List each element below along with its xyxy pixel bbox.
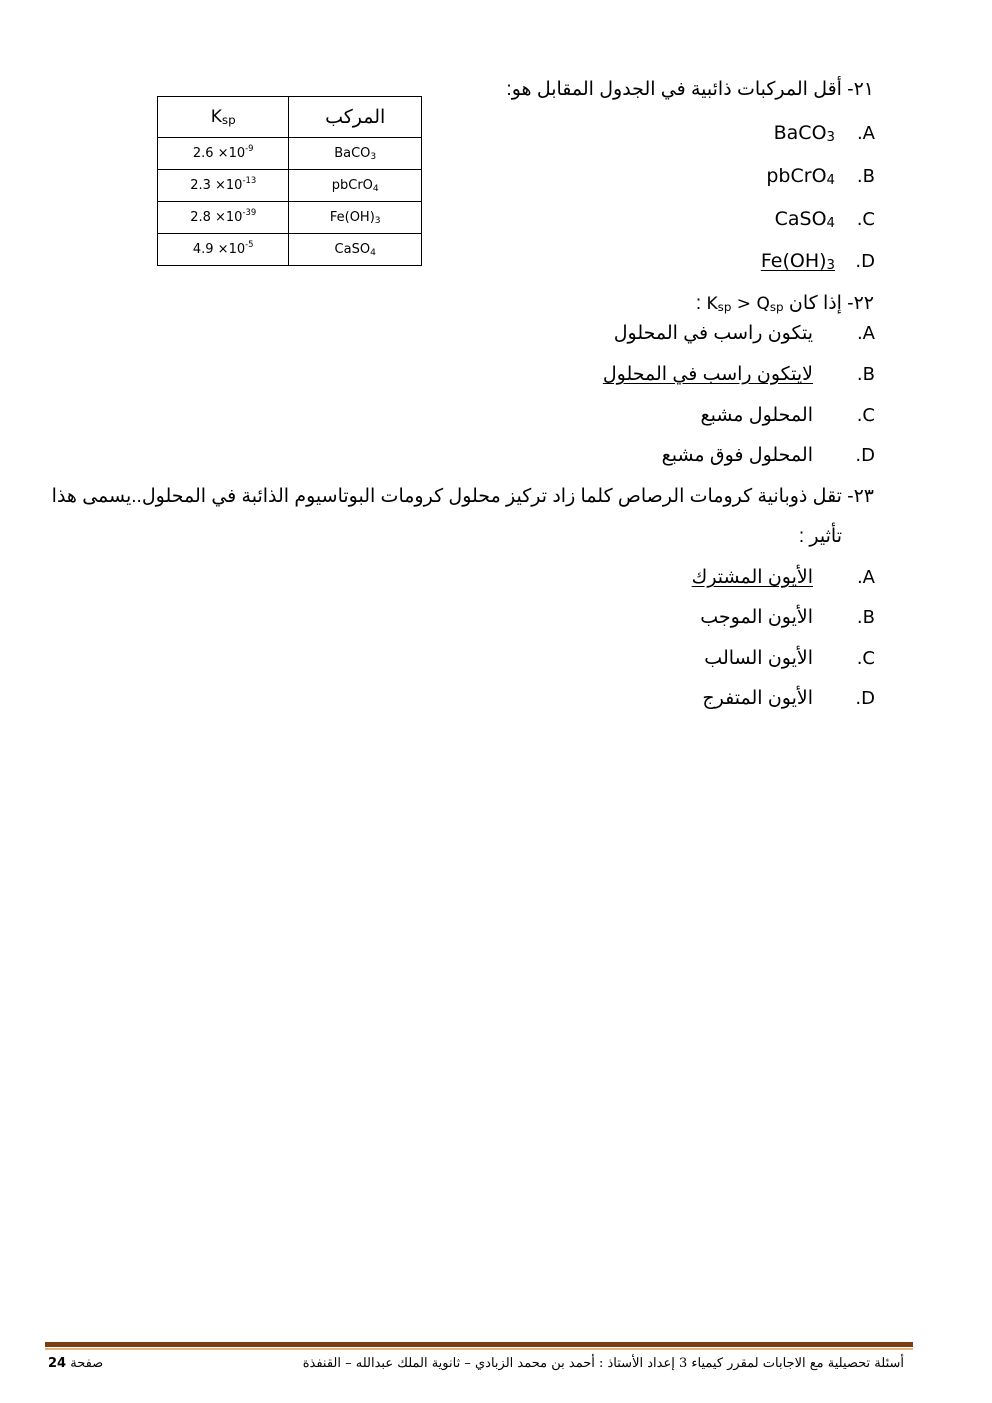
ksp-cell: 2.3 ×10-13 [158,170,289,202]
question-number: ٢٣- [847,486,874,507]
table-row: 4.9 ×10-5 CaSO4 [158,234,422,266]
q21-option-b[interactable]: pbCrO4 .B [766,165,875,187]
q22-option-d[interactable]: المحلول فوق مشبع .D [662,444,875,467]
option-letter: .B [835,364,875,385]
option-letter: .A [835,323,875,344]
question-number: ٢٢- [847,293,874,314]
header-compound: المركب [289,97,422,138]
ksp-cell: 2.8 ×10-39 [158,202,289,234]
question-22: ٢٢- إذا كان Ksp > Qsp : [696,292,874,315]
footer-rule-thin [45,1348,913,1350]
option-text: الأيون المشترك [692,566,813,589]
q22-option-b-correct[interactable]: لايتكون راسب في المحلول .B [603,363,875,386]
option-letter: .C [835,648,875,669]
ksp-cell: 4.9 ×10-5 [158,234,289,266]
option-letter: .C [835,209,875,230]
question-text: إذا كان [789,293,842,314]
option-text: لايتكون راسب في المحلول [603,363,813,386]
q23-option-b[interactable]: الأيون الموجب .B [700,606,875,629]
footer-rule-thick [45,1342,913,1347]
question-23-line2: تأثير : [799,525,842,548]
question-23: ٢٣- تقل ذوبانية كرومات الرصاص كلما زاد ت… [52,485,874,508]
option-letter: .A [835,567,875,588]
option-value: pbCrO4 [766,165,835,187]
option-letter: .D [835,688,875,709]
page-number: صفحة 24 [48,1356,103,1371]
q21-option-a[interactable]: BaCO3 .A [774,122,875,144]
option-text: يتكون راسب في المحلول [614,322,813,345]
option-text: المحلول فوق مشبع [662,444,813,467]
compound-cell: Fe(OH)3 [289,202,422,234]
table-row: 2.3 ×10-13 pbCrO4 [158,170,422,202]
q23-option-d[interactable]: الأيون المتفرج .D [702,687,875,710]
q21-option-d-correct[interactable]: Fe(OH)3 .D [761,250,875,272]
q22-option-c[interactable]: المحلول مشبع .C [701,404,875,427]
q21-option-c[interactable]: CaSO4 .C [775,208,875,230]
option-letter: .C [835,405,875,426]
option-text: الأيون السالب [704,647,813,670]
footer-text: أسئلة تحصيلية مع الاجابات لمقرر كيمياء 3… [303,1356,904,1371]
question-text-line1: تقل ذوبانية كرومات الرصاص كلما زاد تركيز… [52,486,842,507]
compound-cell: CaSO4 [289,234,422,266]
table-row: 2.8 ×10-39 Fe(OH)3 [158,202,422,234]
option-value: CaSO4 [775,208,835,230]
option-letter: .A [835,123,875,144]
table-header-row: Ksp المركب [158,97,422,138]
ksp-qsp-formula: Ksp > Qsp [706,294,783,314]
question-text: أقل المركبات ذائبية في الجدول المقابل هو… [506,79,842,100]
option-letter: .B [835,166,875,187]
header-ksp: Ksp [158,97,289,138]
ksp-table: Ksp المركب 2.6 ×10-9 BaCO3 2.3 ×10-13 pb… [157,96,422,266]
question-number: ٢١- [847,79,874,100]
compound-cell: pbCrO4 [289,170,422,202]
option-value: BaCO3 [774,122,835,144]
option-value: Fe(OH)3 [761,250,835,272]
compound-cell: BaCO3 [289,138,422,170]
q23-option-a-correct[interactable]: الأيون المشترك .A [692,566,875,589]
question-21: ٢١- أقل المركبات ذائبية في الجدول المقاب… [506,78,874,101]
q22-option-a[interactable]: يتكون راسب في المحلول .A [614,322,875,345]
page-number-value: 24 [48,1356,66,1371]
option-letter: .B [835,607,875,628]
option-letter: .D [835,251,875,272]
option-letter: .D [835,445,875,466]
q23-option-c[interactable]: الأيون السالب .C [704,647,875,670]
table-row: 2.6 ×10-9 BaCO3 [158,138,422,170]
ksp-cell: 2.6 ×10-9 [158,138,289,170]
page-label: صفحة [70,1356,103,1371]
option-text: الأيون المتفرج [702,687,813,710]
option-text: الأيون الموجب [700,606,813,629]
option-text: المحلول مشبع [701,404,813,427]
